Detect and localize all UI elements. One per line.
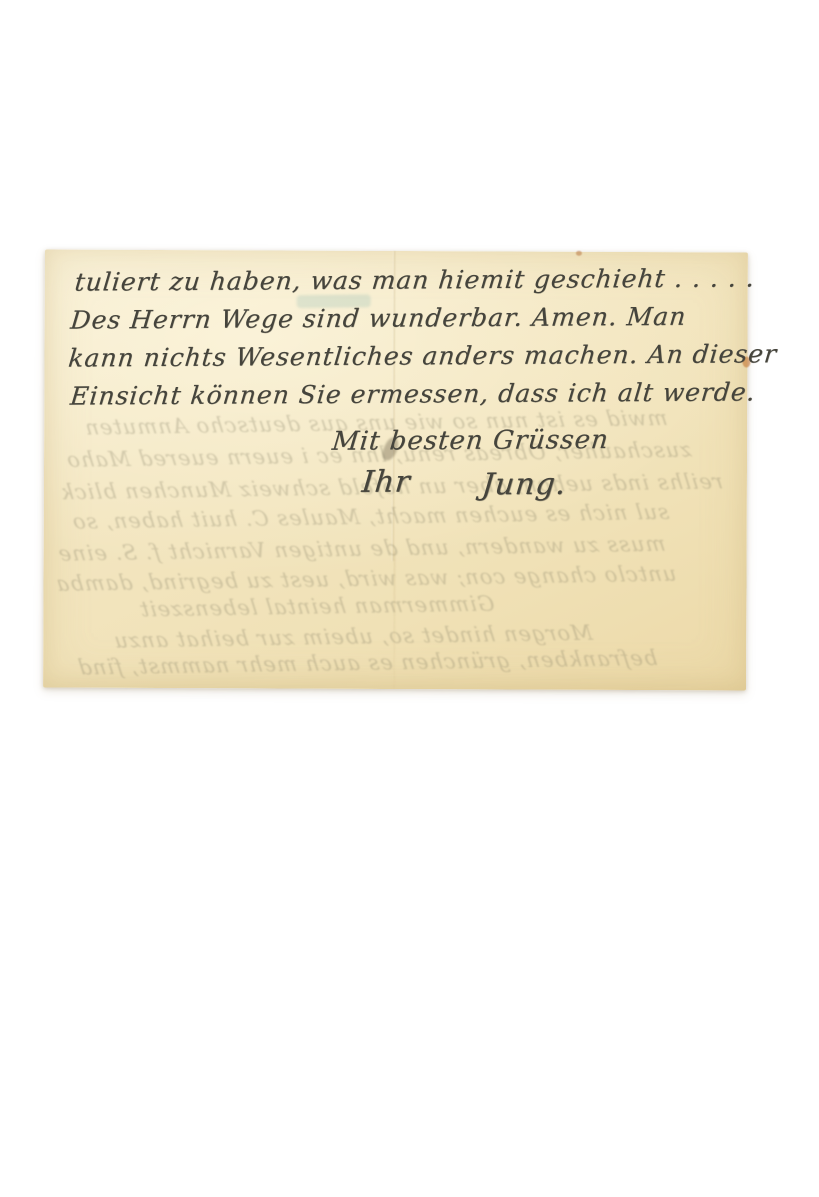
letter-scan: mwid es ist nun so wie uns aus deutscho … xyxy=(43,249,748,690)
signature-prefix: Ihr xyxy=(360,465,412,500)
letter-closing: Mit besten Grüssen xyxy=(331,425,611,457)
bleedthrough-line: Gimmerman heintal lebenszeit xyxy=(138,592,496,622)
bleedthrough-line: sul nich es euchen macht, Maules C. huit… xyxy=(70,500,670,534)
signature-name: Jung. xyxy=(480,467,568,503)
bleedthrough-line: muss zu wandern, und de untigen Varnicht… xyxy=(56,532,666,566)
bleedthrough-line: untclo change con; was wird, uest zu beg… xyxy=(54,562,677,596)
letter-body-line-3: kann nichts Wesentliches anders machen. … xyxy=(67,339,778,372)
scan-background: mwid es ist nun so wie uns aus deutscho … xyxy=(0,0,819,1197)
rust-stain-small xyxy=(576,251,582,256)
letter-body-line-4: Einsicht können Sie ermessen, dass ich a… xyxy=(69,377,757,410)
letter-body-line-2: Des Herrn Wege sind wunderbar. Amen. Man xyxy=(69,302,688,335)
letter-body-line-1: tuliert zu haben, was man hiemit geschie… xyxy=(73,263,756,296)
